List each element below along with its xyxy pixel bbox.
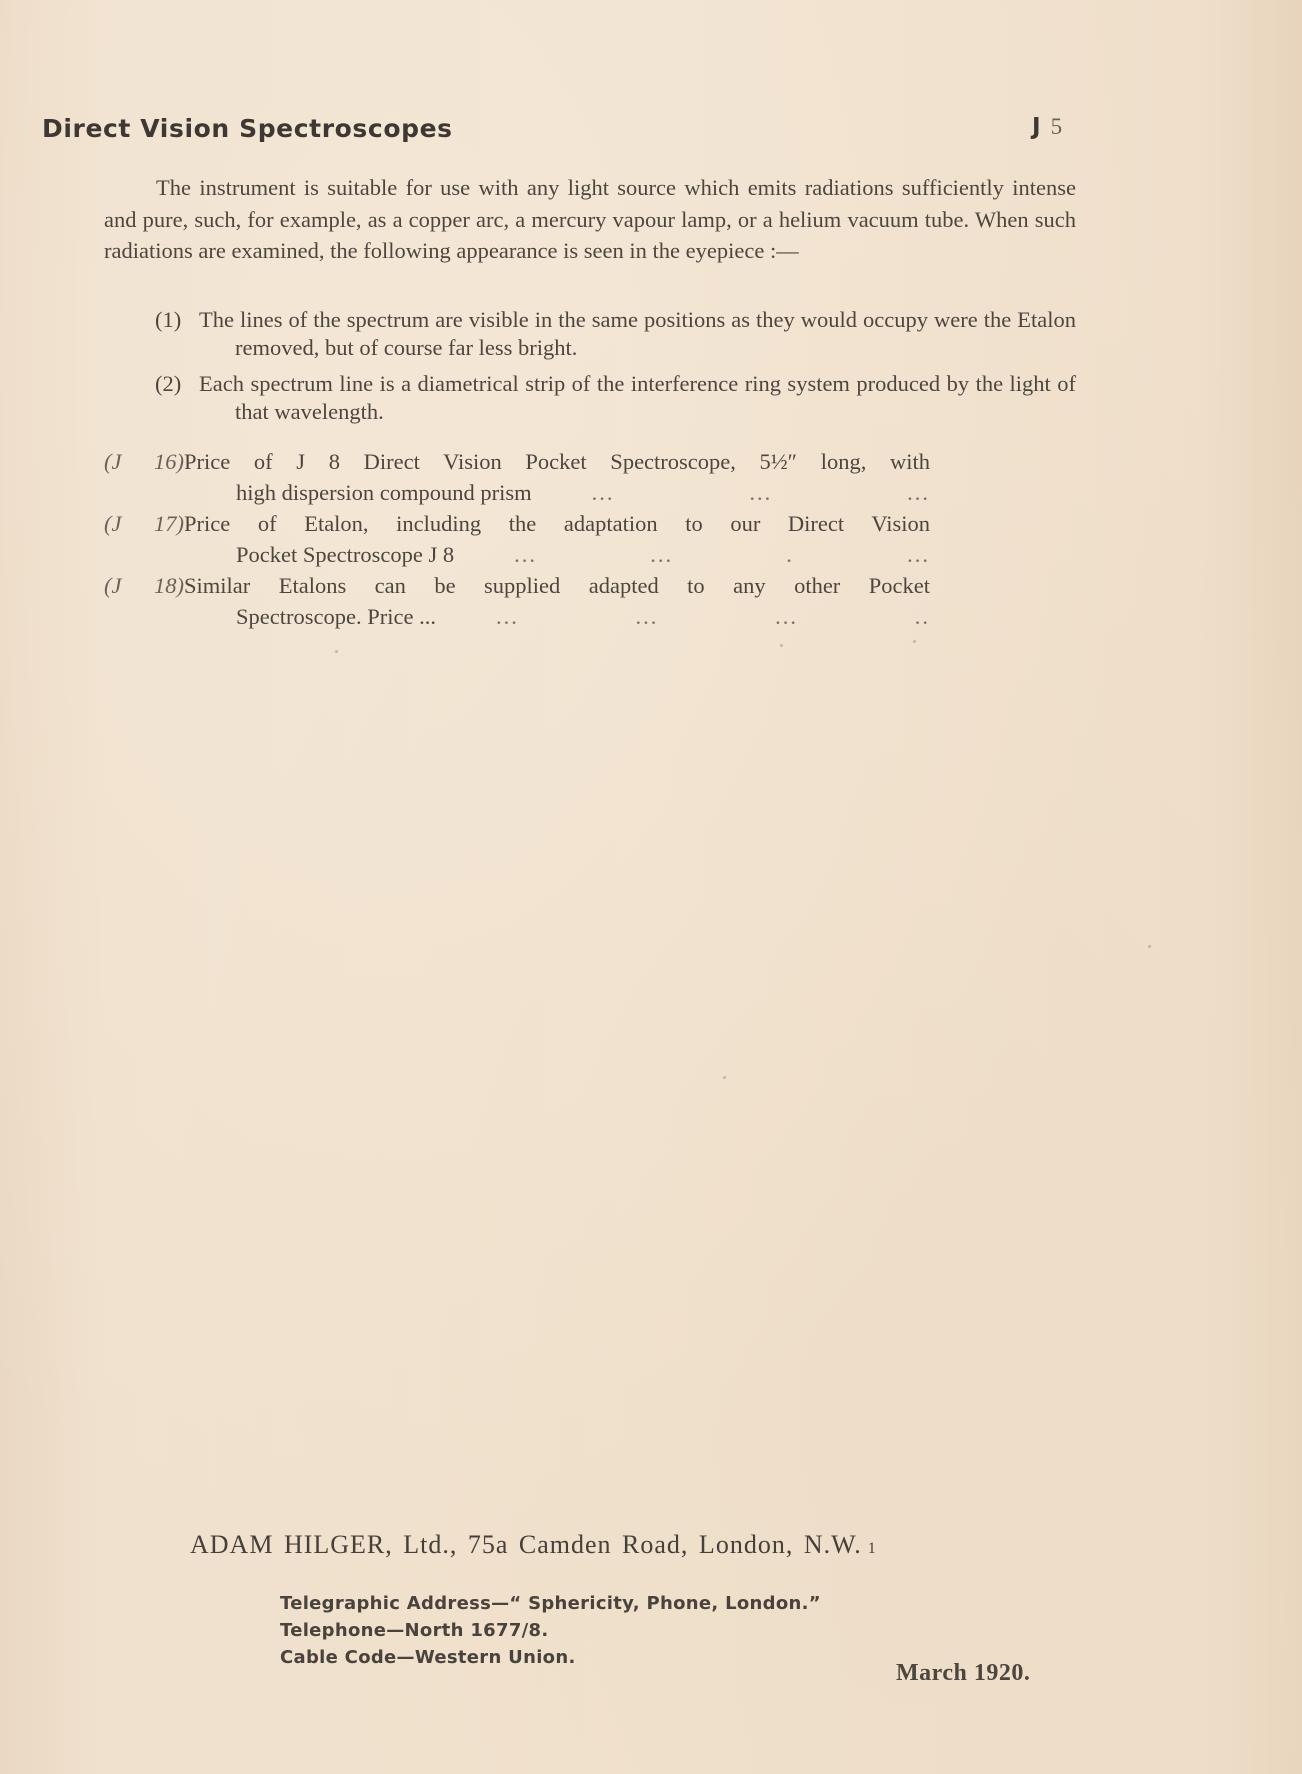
catalogue-code: (J 17) <box>104 508 184 539</box>
leader: ... <box>907 539 930 570</box>
observation-number: (2) <box>155 370 199 398</box>
paper-speck <box>780 644 783 647</box>
company-address: ADAM HILGER, Ltd., 75a Camden Road, Lond… <box>190 1530 877 1560</box>
paper-speck <box>1148 945 1151 948</box>
leader: .. <box>915 601 930 632</box>
postcode-number: 1 <box>868 1540 877 1557</box>
paper-speck <box>913 640 916 643</box>
page-section-letter: J <box>1032 114 1041 140</box>
leader: ... <box>650 539 673 570</box>
price-item-line1: (J 18)Similar Etalons can be supplied ad… <box>104 570 930 601</box>
price-item-description: Price of J 8 Direct Vision Pocket Spectr… <box>184 449 930 474</box>
leader-dots: ... ... . ... <box>454 539 930 570</box>
leader: ... <box>907 477 930 508</box>
paper-speck <box>723 1076 726 1079</box>
page-number: J5 <box>1032 114 1062 140</box>
price-item-line2: Pocket Spectroscope J 8 ... ... . ... <box>104 539 930 570</box>
price-item-description-cont: high dispersion compound prism <box>236 477 532 508</box>
catalogue-page: Direct Vision Spectroscopes J5 The instr… <box>0 0 1302 1774</box>
leader: ... <box>496 601 519 632</box>
observation-item: (2)Each spectrum line is a diametrical s… <box>155 370 1076 426</box>
telephone-number: Telephone—North 1677/8. <box>280 1617 821 1644</box>
leader: ... <box>514 539 537 570</box>
company-name-address: ADAM HILGER, Ltd., 75a Camden Road, Lond… <box>190 1530 862 1559</box>
intro-paragraph: The instrument is suitable for use with … <box>104 172 1076 267</box>
observation-item: (1)The lines of the spectrum are visible… <box>155 306 1076 362</box>
price-item-description: Similar Etalons can be supplied adapted … <box>184 573 930 598</box>
leader: ... <box>592 477 615 508</box>
price-item-line1: (J 16)Price of J 8 Direct Vision Pocket … <box>104 446 930 477</box>
price-item-description-cont: Spectroscope. Price ... <box>236 601 436 632</box>
telegraphic-address: Telegraphic Address—“ Sphericity, Phone,… <box>280 1590 821 1617</box>
catalogue-code: (J 16) <box>104 446 184 477</box>
observation-text: The lines of the spectrum are visible in… <box>199 307 1076 360</box>
price-item: (J 18)Similar Etalons can be supplied ad… <box>104 570 930 632</box>
leader: . <box>786 539 794 570</box>
contact-details: Telegraphic Address—“ Sphericity, Phone,… <box>280 1590 821 1671</box>
price-item: (J 16)Price of J 8 Direct Vision Pocket … <box>104 446 930 508</box>
price-item-line2: Spectroscope. Price ... ... ... ... .. <box>104 601 930 632</box>
observation-list: (1)The lines of the spectrum are visible… <box>155 306 1076 434</box>
paper-speck <box>335 650 338 653</box>
catalogue-code: (J 18) <box>104 570 184 601</box>
page-title: Direct Vision Spectroscopes <box>42 114 453 143</box>
leader-dots: ... ... ... .. <box>436 601 930 632</box>
price-list: (J 16)Price of J 8 Direct Vision Pocket … <box>104 446 930 632</box>
publication-date: March 1920. <box>896 1660 1030 1687</box>
observation-number: (1) <box>155 306 199 334</box>
leader-dots: ... ... ... <box>532 477 930 508</box>
price-item-line1: (J 17)Price of Etalon, including the ada… <box>104 508 930 539</box>
leader: ... <box>636 601 659 632</box>
observation-text: Each spectrum line is a diametrical stri… <box>199 371 1076 424</box>
cable-code: Cable Code—Western Union. <box>280 1644 821 1671</box>
price-item-description: Price of Etalon, including the adaptatio… <box>184 511 930 536</box>
price-item-line2: high dispersion compound prism ... ... .… <box>104 477 930 508</box>
page-number-value: 5 <box>1051 114 1063 139</box>
leader: ... <box>775 601 798 632</box>
price-item-description-cont: Pocket Spectroscope J 8 <box>236 539 454 570</box>
leader: ... <box>749 477 772 508</box>
price-item: (J 17)Price of Etalon, including the ada… <box>104 508 930 570</box>
